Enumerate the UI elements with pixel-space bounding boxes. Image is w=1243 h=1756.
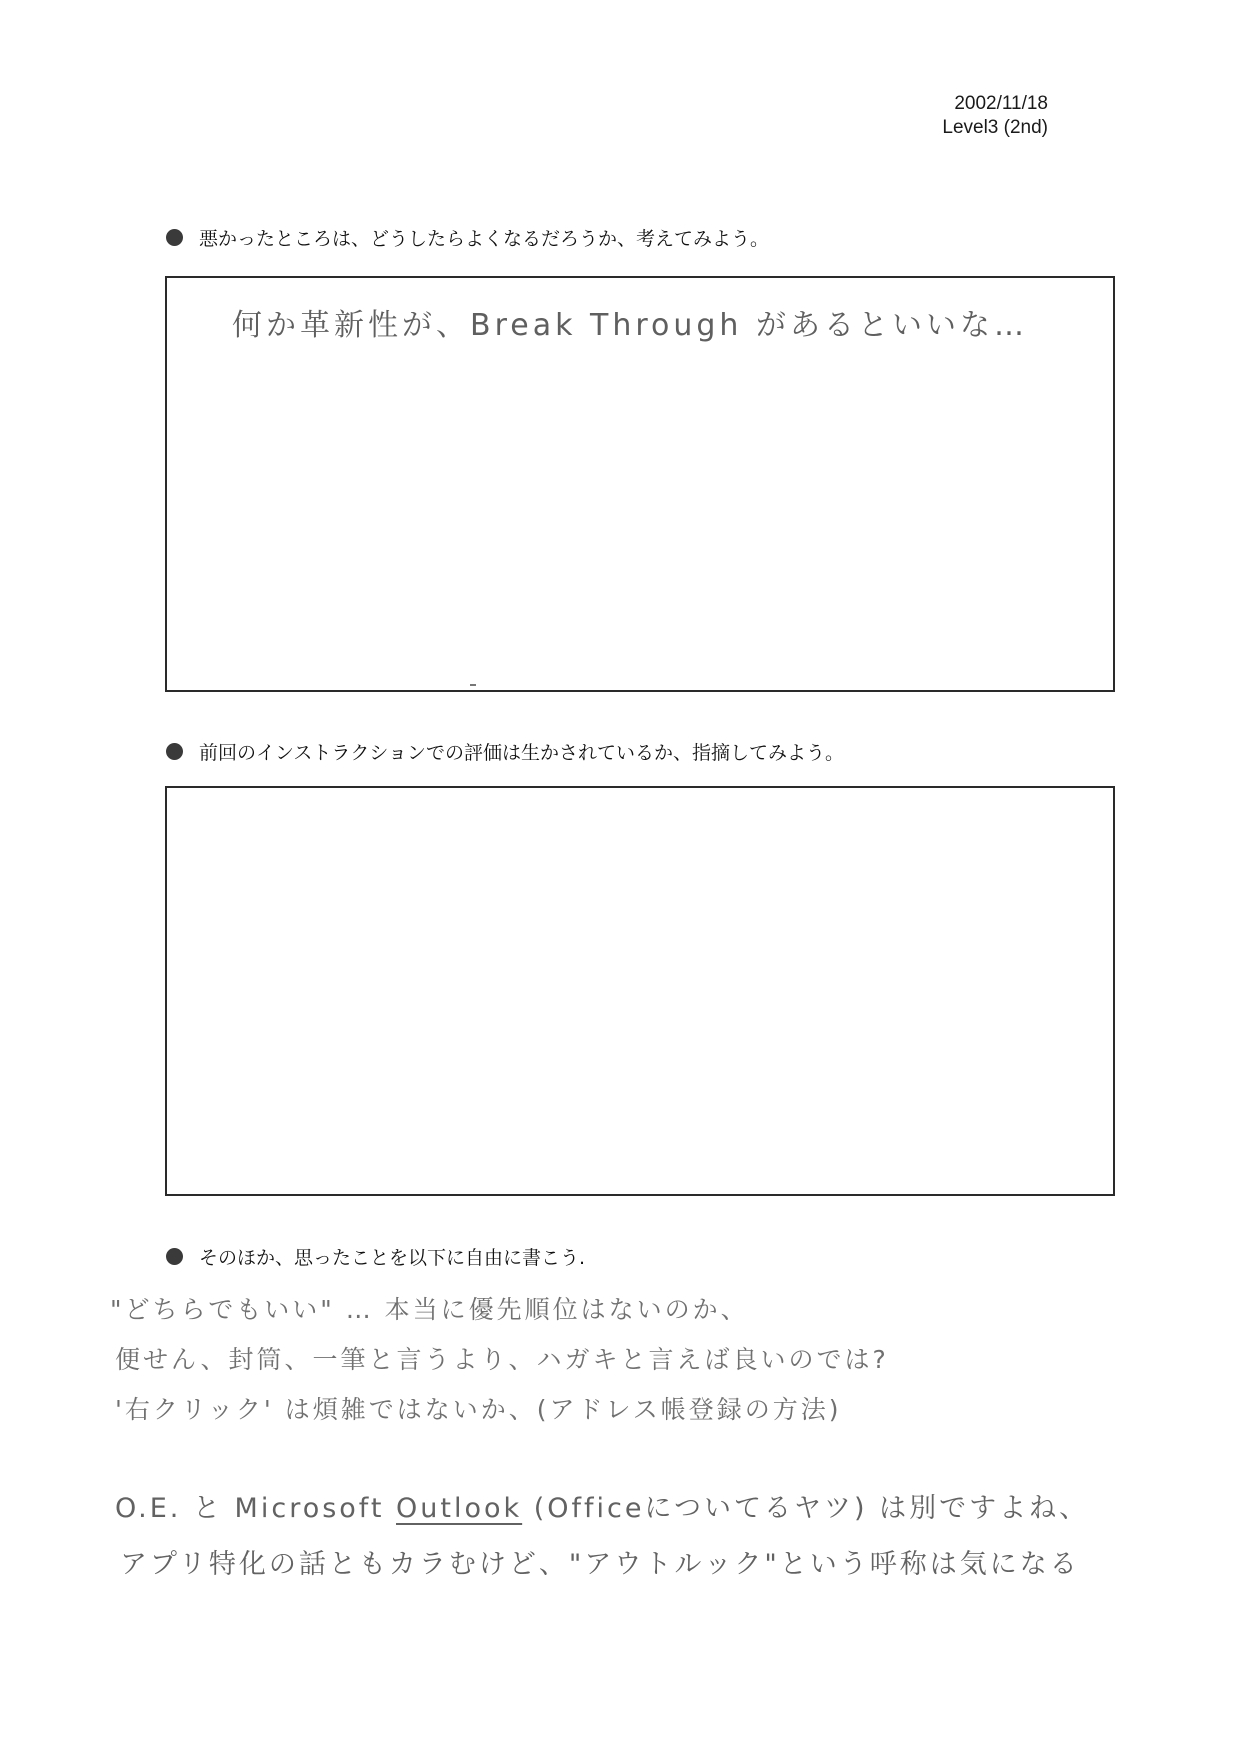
- bullet-icon: [166, 1248, 183, 1265]
- note-line-5: アプリ特化の話ともカラむけど、"アウトルック"という呼称は気になる: [120, 1542, 1080, 1581]
- note-line-4: O.E. と Microsoft Outlook (Officeについてるヤツ)…: [115, 1486, 1089, 1525]
- section-1-prompt: 悪かったところは、どうしたらよくなるだろうか、考えてみよう。: [166, 224, 769, 251]
- section-2-prompt-text: 前回のインストラクションでの評価は生かされているか、指摘してみよう。: [199, 738, 844, 765]
- note-line-4-underlined-word: Outlook: [396, 1493, 522, 1524]
- document-header-meta: 2002/11/18 Level3 (2nd): [900, 92, 1048, 140]
- section-2-prompt: 前回のインストラクションでの評価は生かされているか、指摘してみよう。: [166, 738, 844, 765]
- document-level: Level3 (2nd): [900, 116, 1048, 140]
- note-line-3: '右クリック' は煩雑ではないか、(アドレス帳登録の方法): [115, 1390, 841, 1426]
- section-2-answer-box[interactable]: [165, 786, 1115, 1196]
- note-line-4-after: (Officeについてるヤツ) は別ですよね、: [522, 1493, 1089, 1524]
- section-1-prompt-text: 悪かったところは、どうしたらよくなるだろうか、考えてみよう。: [199, 224, 769, 251]
- section-3-prompt: そのほか、思ったことを以下に自由に書こう.: [166, 1243, 585, 1270]
- bullet-icon: [166, 743, 183, 760]
- document-date: 2002/11/18: [900, 92, 1048, 116]
- section-3-prompt-text: そのほか、思ったことを以下に自由に書こう.: [199, 1243, 585, 1270]
- scan-mark: [470, 684, 476, 686]
- note-line-2: 便せん、封筒、一筆と言うより、ハガキと言えば良いのでは?: [115, 1340, 889, 1376]
- note-line-4-before: O.E. と Microsoft: [115, 1493, 396, 1524]
- bullet-icon: [166, 229, 183, 246]
- section-1-handwritten-answer: 何か革新性が、Break Through があるといいな…: [232, 300, 1028, 344]
- note-line-1: "どちらでもいい" … 本当に優先順位はないのか、: [110, 1290, 749, 1326]
